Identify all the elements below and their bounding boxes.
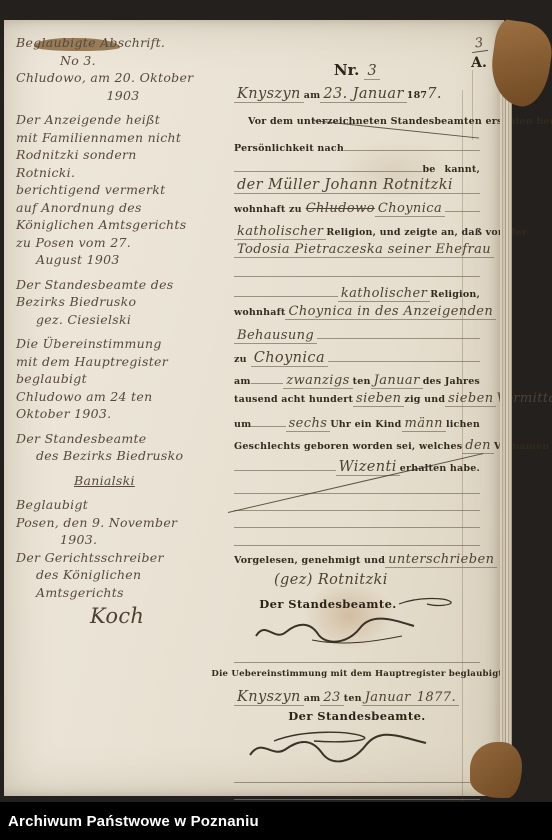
religion2-label: Religion, [430, 289, 480, 300]
margin-line: gez. Ciesielski [16, 311, 230, 329]
margin-line: Der Standesbeamte [16, 430, 230, 448]
ruled-line [234, 282, 338, 297]
wohnhaft2-label: wohnhaft [234, 307, 285, 318]
nr-label: Nr. [334, 61, 359, 79]
ruled-line [234, 513, 480, 528]
margin-line: Der Gerichtsschreiber [16, 549, 230, 567]
year-suffix: 7. [427, 86, 442, 102]
declarant-row: der Müller Johann Rotnitzki [234, 177, 480, 195]
book-page-edges [500, 36, 512, 788]
wohnhaft-zu-label: wohnhaft zu [234, 204, 302, 215]
dwelling-row: Behausung [234, 324, 480, 344]
vorgelesen-label: Vorgelesen, genehmigt und [234, 555, 385, 566]
decade-value: sieben [353, 391, 404, 407]
residence2-row: wohnhaft Choynica in des Anzeigenden [234, 304, 480, 322]
margin-line: 1903. [16, 531, 230, 549]
lichen-label: lichen [446, 419, 480, 430]
erhalten-label: erhalten habe. [400, 463, 480, 474]
registrar-signature [252, 616, 422, 646]
margin-line: Posen, den 9. November [16, 514, 230, 532]
des-jahres-label: des Jahres [423, 376, 480, 387]
archive-name: Archiwum Państwowe w Poznaniu [0, 813, 259, 830]
birthplace-row: zu Choynica [234, 346, 480, 366]
ruled-line [234, 456, 336, 471]
paper-damage-bottom-right [470, 742, 522, 798]
ruled-line [234, 496, 480, 511]
be-label: be [422, 164, 435, 175]
attestation-month: Januar [362, 690, 414, 706]
margin-line: Chludowo am 24 ten [16, 388, 230, 406]
margin-line: Beglaubigt [16, 496, 230, 514]
ten-label: ten [353, 376, 371, 387]
kannt-label: kannt, [445, 164, 480, 175]
archive-bar: Archiwum Państwowe w Poznaniu [0, 802, 552, 840]
pen-flourish [397, 596, 455, 608]
personality-label: Persönlichkeit nach [234, 143, 344, 154]
margin-line: 1903 [16, 87, 230, 105]
residence-struck: Chludowo [306, 201, 375, 216]
birth-month-value: Januar [371, 373, 423, 389]
ruled-line [234, 478, 480, 493]
hour-value: sechs [286, 416, 331, 432]
ruled-line [251, 369, 284, 384]
am2-label: am [234, 376, 251, 387]
gender-value: männ [402, 416, 446, 432]
ruled-line [234, 785, 480, 800]
declarant-name: der Müller Johann Rotnitzki [234, 177, 480, 194]
margin-line: August 1903 [16, 251, 230, 269]
margin-line: Rodnitzki sondern [16, 146, 230, 164]
blank-ruled-row [234, 496, 480, 511]
bekannt-row: be kannt, [234, 156, 480, 174]
unit-value: sieben [445, 391, 496, 407]
margin-line: zu Posen vom 27. [16, 234, 230, 252]
gez-signature: (gez) Rotnitzki [274, 572, 388, 588]
standesbeamte1-row: Der Standesbeamte. [234, 596, 480, 614]
tausend-label: tausend acht hundert [234, 394, 353, 405]
ruled-line [328, 346, 480, 361]
given-name-row: Wizenti erhalten habe. [234, 456, 480, 476]
standesbeamte2-row: Der Standesbeamte. [234, 709, 480, 727]
ruled-line [234, 767, 480, 782]
blank-ruled-row [234, 262, 480, 280]
mother-row: Todosia Pietraczeska seiner Ehefrau [234, 242, 480, 260]
religion1-row: katholischer Religion, und zeigte an, da… [234, 219, 480, 239]
margin-line: auf Anordnung des [16, 199, 230, 217]
zig-und-label: zig und [404, 394, 445, 405]
blank-ruled-row [234, 767, 480, 782]
margin-line: beglaubigt [16, 370, 230, 388]
residence2-value: Choynica in des Anzeigenden [285, 304, 496, 320]
dwelling-value: Behausung [234, 328, 317, 344]
blank-ruled-row [234, 785, 480, 800]
ten2-label: ten [344, 693, 362, 704]
birth-record-form: Nr. 3 Knyszyn am 23. Januar 1877. Vor de… [234, 60, 480, 802]
margin-line: mit Familiennamen nicht [16, 129, 230, 147]
margin-annotations: Beglaubigte Abschrift. No 3. Chludowo, a… [16, 34, 230, 626]
attestation-date-row: Knyszyn am 23 ten Januar 1877. [234, 689, 480, 707]
registrar-signature [244, 729, 434, 765]
handwritten-page-number: 3 [470, 35, 488, 53]
religion2-value: katholischer [338, 286, 430, 302]
margin-line: Königlichen Amtsgerichts [16, 216, 230, 234]
unterschrieben-value: unterschrieben [385, 552, 497, 568]
registry-place: Knyszyn [234, 86, 304, 103]
margin-signature-koch: Koch [16, 608, 230, 626]
attestation-year: 1877. [414, 690, 459, 706]
blank-ruled-row [234, 513, 480, 528]
record-number-row: Nr. 3 [234, 60, 480, 80]
margin-line: Bezirks Biedrusko [16, 293, 230, 311]
year-prefix: 187 [407, 90, 427, 101]
ruled-line [344, 136, 480, 151]
attestation-label: Die Uebereinstimmung mit dem Hauptregist… [211, 669, 502, 679]
margin-line: des Königlichen [16, 566, 230, 584]
ruled-line [251, 411, 285, 426]
record-date: 23. Januar [320, 86, 406, 103]
margin-line: Rotnicki. [16, 164, 230, 182]
geschlechts-label: Geschlechts geboren worden sei, welches [234, 441, 462, 452]
record-number-value: 3 [364, 63, 380, 80]
ruled-line [234, 262, 480, 277]
margin-line: berichtigend vermerkt [16, 181, 230, 199]
blank-ruled-row [234, 530, 480, 545]
ruled-line [234, 648, 480, 663]
birth-day-row: am zwanzigs ten Januar des Jahres [234, 369, 480, 389]
birth-year-row: tausend acht hundert sieben zig und sieb… [234, 391, 480, 409]
residence-value: Choynica [375, 201, 445, 217]
attestation-place: Knyszyn [234, 689, 304, 706]
margin-line: mit dem Hauptregister [16, 353, 230, 371]
margin-signature-banialski: Banialski [16, 472, 230, 490]
zu-label: zu [234, 354, 247, 365]
intro-row: Vor dem unterzeichneten Standesbeamten e… [234, 116, 480, 134]
place-date-row: Knyszyn am 23. Januar 1877. [234, 86, 480, 104]
birthplace-value: Choynica [251, 350, 328, 367]
margin-line: Oktober 1903. [16, 405, 230, 423]
vorgelesen-row: Vorgelesen, genehmigt und unterschrieben [234, 552, 480, 570]
standesbeamte2-label: Der Standesbeamte. [288, 709, 425, 723]
gez-signature-row: (gez) Rotnitzki [234, 572, 480, 590]
residence-row: wohnhaft zu Chludowo Choynica [234, 197, 480, 217]
margin-line: Der Standesbeamte des [16, 276, 230, 294]
um-label: um [234, 419, 251, 430]
am3-label: am [304, 693, 321, 704]
signature1-row [234, 616, 480, 646]
birth-day-value: zwanzigs [283, 373, 352, 389]
margin-line: Chludowo, am 20. Oktober [16, 69, 230, 87]
standesbeamte1-label: Der Standesbeamte. [259, 597, 396, 611]
margin-line: No 3. [16, 52, 230, 70]
personality-row: Persönlichkeit nach [234, 136, 480, 154]
birth-hour-row: um sechs Uhr ein Kind männ lichen [234, 411, 480, 431]
attestation-day: 23 [320, 690, 343, 706]
attestation-row: Die Uebereinstimmung mit dem Hauptregist… [234, 669, 480, 687]
ruled-line [234, 530, 480, 545]
margin-line: Amtsgerichts [16, 584, 230, 602]
mother-name: Todosia Pietraczeska seiner Ehefrau [234, 242, 494, 258]
margin-line: Der Anzeigende heißt [16, 111, 230, 129]
signature2-row [234, 729, 480, 765]
uhr-label: Uhr ein Kind [330, 419, 401, 430]
margin-line: Beglaubigte Abschrift. [16, 34, 230, 52]
ruled-line [317, 324, 480, 339]
religion2-row: katholischer Religion, [234, 282, 480, 302]
religion1-value: katholischer [234, 224, 326, 240]
den-value: den [462, 438, 494, 454]
ruled-line [445, 197, 480, 212]
sex-row: Geschlechts geboren worden sei, welches … [234, 434, 480, 454]
blank-ruled-row [234, 478, 480, 493]
am-label: am [304, 90, 321, 101]
margin-line: des Bezirks Biedrusko [16, 447, 230, 465]
ruled-line [234, 156, 422, 171]
given-name-value: Wizenti [336, 459, 400, 476]
scanned-register-page: 3 A. Beglaubigte Abschrift. No 3. Chludo… [4, 20, 504, 796]
religion1-label: Religion, und zeigte an, daß von der [326, 227, 526, 238]
blank-ruled-row [234, 648, 480, 663]
margin-line: Die Übereinstimmung [16, 335, 230, 353]
